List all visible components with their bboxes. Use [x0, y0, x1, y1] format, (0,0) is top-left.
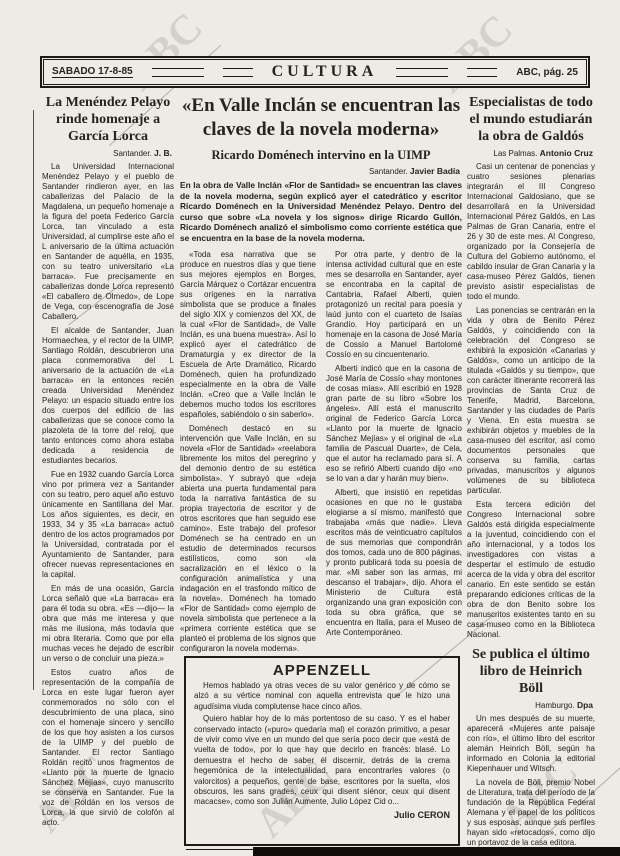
byline-author: Antonio Cruz	[540, 148, 593, 158]
paragraph: Un mes después de su muerte, aparecerá «…	[467, 714, 595, 774]
article-byline: Hamburgo. Dpa	[467, 700, 593, 710]
byline-city: Hamburgo.	[535, 701, 575, 710]
article-subcolumn-left: «Toda esa narrativa que se produce en nu…	[180, 250, 316, 658]
page-edge-line	[33, 110, 34, 690]
paragraph: Doménech destacó en su intervención que …	[180, 424, 316, 654]
bottom-black-bar	[253, 847, 620, 856]
article-headline: Especialistas de todo el mundo estudiará…	[467, 94, 595, 145]
newspaper-page: ABC ABC ABC ABC ABC SABADO 17-8-85 CULTU…	[0, 0, 620, 856]
paragraph: Estos cuatro años de representación de l…	[42, 668, 174, 828]
paragraph: Por otra parte, y dentro de la intensa a…	[326, 250, 462, 360]
byline-city: Santander.	[113, 149, 152, 158]
article-galdos: Especialistas de todo el mundo estudiará…	[467, 94, 595, 640]
appenzell-opinion-box: APPENZELL Hemos hablado ya otras veces d…	[184, 656, 460, 846]
article-headline: Se publica el último libro de Heinrich B…	[467, 646, 595, 697]
appenzell-title: APPENZELL	[194, 662, 450, 679]
masthead-rule	[152, 68, 204, 77]
paragraph: Alberti indicó que en la casona de José …	[326, 364, 462, 484]
right-column: Especialistas de todo el mundo estudiará…	[467, 94, 595, 852]
article-headline: «En Valle Inclán se encuentran las clave…	[180, 94, 462, 142]
masthead-rule	[467, 68, 497, 77]
article-boll: Se publica el último libro de Heinrich B…	[467, 646, 595, 848]
byline-author: J. B.	[154, 148, 172, 158]
paragraph: Esta tercera edición del Congreso Intern…	[467, 500, 595, 640]
paragraph: Alberti, que insistió en repetidas ocasi…	[326, 488, 462, 638]
article-valle-inclan: «En Valle Inclán se encuentran las clave…	[180, 94, 462, 658]
paragraph: Quiero hablar hoy de lo más portentoso d…	[194, 714, 450, 808]
masthead: SABADO 17-8-85 CULTURA ABC, pág. 25	[40, 56, 590, 88]
masthead-rule	[223, 68, 253, 77]
paragraph: La novela de Böll, premio Nobel de Liter…	[467, 778, 595, 848]
paragraph: La Universidad Internacional Menéndez Pe…	[42, 162, 174, 322]
appenzell-signature: Julio CERON	[194, 810, 450, 820]
byline-author: Javier Badía	[410, 166, 460, 176]
article-subhead: Ricardo Doménech intervino en la UIMP	[180, 148, 462, 163]
article-byline: Santander. Javier Badía	[180, 166, 460, 176]
paragraph: «Toda esa narrativa que se produce en nu…	[180, 250, 316, 420]
paragraph: Las ponencias se centrarán en la vida y …	[467, 306, 595, 496]
byline-author: Dpa	[577, 700, 593, 710]
masthead-date: SABADO 17-8-85	[52, 66, 133, 78]
article-lead: En la obra de Valle Inclán «Flor de Sant…	[180, 180, 462, 244]
article-lorca: La Menéndez Pelayo rinde homenaje a Garc…	[42, 94, 174, 832]
byline-city: Santander.	[369, 167, 408, 176]
paragraph: Casi un centenar de ponencias y cuatro s…	[467, 162, 595, 302]
paragraph: El alcalde de Santander, Juan Hormaechea…	[42, 326, 174, 466]
article-headline: La Menéndez Pelayo rinde homenaje a Garc…	[42, 94, 174, 145]
article-byline: Las Palmas. Antonio Cruz	[467, 148, 593, 158]
paragraph: En más de una ocasión, García Lorca seña…	[42, 584, 174, 664]
masthead-rule	[396, 68, 448, 77]
article-subcolumn-right: Por otra parte, y dentro de la intensa a…	[326, 250, 462, 658]
paragraph: Hemos hablado ya otras veces de su valor…	[194, 681, 450, 712]
byline-city: Las Palmas.	[493, 149, 537, 158]
paragraph: Fue en 1932 cuando García Lorca vino por…	[42, 470, 174, 580]
masthead-page-ref: ABC, pág. 25	[516, 67, 578, 78]
masthead-section-title: CULTURA	[272, 63, 378, 81]
article-byline: Santander. J. B.	[42, 148, 172, 158]
